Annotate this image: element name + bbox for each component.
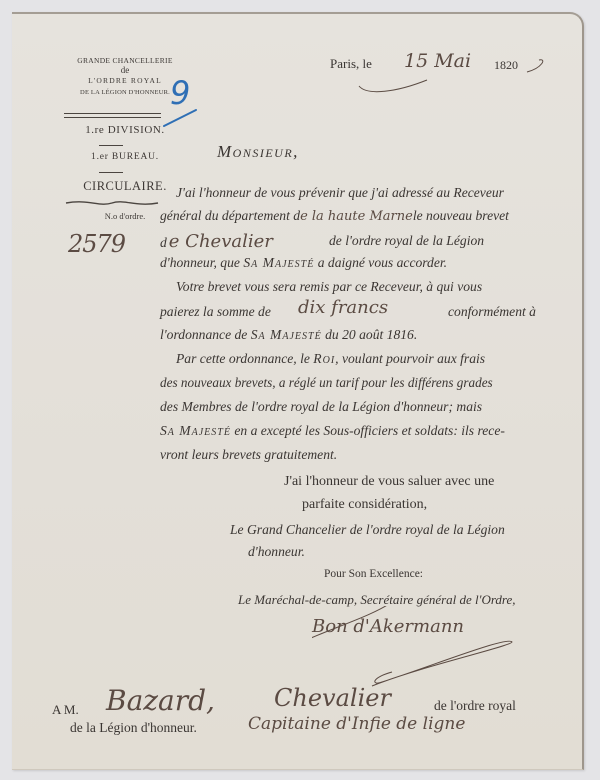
- p1-line2-printed-a: général du département d: [160, 208, 300, 223]
- swash-rule: [64, 199, 160, 207]
- p1-line3-prefix: de Chevalier: [160, 231, 273, 252]
- p3-line2: des nouveaux brevets, a réglé un tarif p…: [160, 375, 493, 391]
- salutation: Monsieur,: [217, 142, 299, 162]
- addressee-line2-handwritten: Capitaine d'Infie de ligne: [248, 714, 465, 734]
- p1-line1: J'ai l'honneur de vous prévenir que j'ai…: [176, 185, 504, 201]
- bureau-label: 1.er BUREAU.: [60, 152, 190, 162]
- addressee-suffix: de l'ordre royal: [434, 698, 516, 714]
- p3-line5: vront leurs brevets gratuitement.: [160, 447, 337, 463]
- closing-line2: parfaite considération,: [302, 497, 427, 513]
- p1-line2-printed-b: le nouveau brevet: [413, 208, 509, 223]
- p3-line4: Sa Majesté en a excepté les Sous-officie…: [160, 423, 505, 439]
- pour-son-excellence: Pour Son Excellence:: [324, 568, 423, 580]
- department-handwritten: e la haute Marne: [300, 209, 413, 224]
- p3-line4-b: en a excepté les Sous-officiers et solda…: [234, 423, 505, 438]
- p1-line4-a: d'honneur, que: [160, 255, 240, 270]
- p1-line2: général du département de la haute Marne…: [160, 208, 509, 224]
- p3-line1: Par cette ordonnance, le Roi, voulant po…: [176, 351, 485, 367]
- p1-line3-printed-b: de l'ordre royal de la Légion: [329, 233, 484, 249]
- p1-line3-printed-a: d: [160, 235, 167, 250]
- addressee-name-handwritten: Bazard,: [106, 684, 215, 717]
- letterhead-double-rule: [64, 113, 161, 118]
- sa-majeste: Sa Majesté: [243, 255, 314, 270]
- addressee-rank-handwritten: Chevalier: [274, 684, 391, 712]
- p2-line3-b: du 20 août 1816.: [325, 327, 417, 342]
- p3-line1-a: Par cette ordonnance, le: [176, 351, 310, 366]
- circulaire-label: CIRCULAIRE.: [60, 179, 190, 194]
- p3-line3: des Membres de l'ordre royal de la Légio…: [160, 399, 482, 415]
- p2-line1: Votre brevet vous sera remis par ce Rece…: [176, 279, 482, 295]
- blue-pencil-stroke: [162, 106, 200, 128]
- p3-line1-b: , voulant pourvoir aux frais: [335, 351, 485, 366]
- ordre-number-handwritten: 2579: [68, 230, 125, 258]
- rule-after-bureau: [99, 172, 123, 173]
- document-page: GRANDE CHANCELLERIE de L'ORDRE ROYAL DE …: [12, 12, 584, 770]
- closing-line1: J'ai l'honneur de vous saluer avec une: [284, 474, 494, 490]
- p2-line2-a: paierez la somme de: [160, 304, 271, 320]
- p2-line3: l'ordonnance de Sa Majesté du 20 août 18…: [160, 327, 417, 343]
- rule-after-division: [99, 145, 123, 146]
- p2-line2-b: conformément à: [448, 304, 536, 320]
- p1-line4: d'honneur, que Sa Majesté a daigné vous …: [160, 255, 447, 271]
- amount-handwritten: dix francs: [298, 297, 388, 318]
- signature-flourish: [312, 606, 532, 696]
- grade-handwritten: e Chevalier: [169, 231, 273, 252]
- addressee-prefix: A M.: [52, 702, 79, 718]
- letterhead-chancellerie: GRANDE CHANCELLERIE: [60, 56, 190, 65]
- p1-line4-b: a daigné vous accorder.: [318, 255, 447, 270]
- date-flourish: [357, 58, 557, 98]
- grand-chancelier-line2: d'honneur.: [248, 544, 305, 560]
- addressee-line2-printed: de la Légion d'honneur.: [70, 720, 197, 736]
- sa-majeste: Sa Majesté: [251, 327, 322, 342]
- le-roi: Roi: [313, 351, 335, 366]
- p2-line3-a: l'ordonnance de: [160, 327, 247, 342]
- sa-majeste: Sa Majesté: [160, 423, 231, 438]
- grand-chancelier-line: Le Grand Chancelier de l'ordre royal de …: [230, 522, 505, 538]
